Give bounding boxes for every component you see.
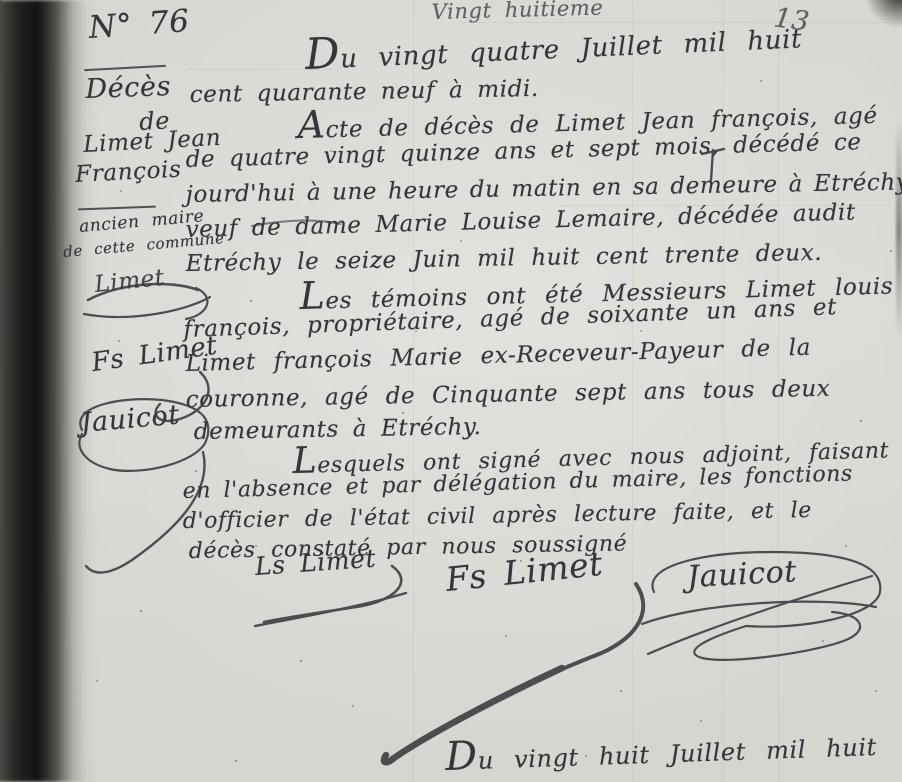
body-line: Limet françois Marie ex-Receveur-Payeur … [185, 335, 811, 377]
page-edge-shadow [896, 120, 902, 340]
margin-title-line: Décès [85, 71, 172, 105]
body-line: couronne, agé de Cinquante sept ans tous… [186, 376, 831, 413]
margin-limet-flourish [186, 288, 207, 319]
margin-act-number: N° 76 [87, 3, 190, 46]
scanned-death-record-page: Vingt huitieme 13 N° 76 Décès de Limet J… [0, 0, 902, 782]
margin-signature: Limet [93, 265, 166, 298]
body-line: d'officier de l'état civil après lecture… [183, 498, 813, 534]
signature-jauicot: Jauicot [686, 554, 798, 595]
body-line: demeurants à Etréchy. [194, 414, 482, 445]
margin-ink-rule [84, 65, 166, 71]
margin-limet-flourish [84, 297, 210, 317]
body-line: Du vingt quatre Juillet mil huit [304, 16, 802, 76]
page-corner-shadow [864, 0, 902, 28]
fs-limet-tail [392, 584, 643, 760]
ls-limet-underline [255, 593, 406, 626]
page-header-label: Vingt huitieme [431, 0, 603, 24]
body-line: cent quarante neuf à midi. [190, 76, 539, 108]
margin-title-line: François [75, 156, 182, 188]
book-binding-shadow [0, 0, 96, 782]
next-act-opening-line: Du vingt huit Juillet mil huit [445, 727, 878, 776]
jauicot-cross-stroke [642, 602, 876, 624]
